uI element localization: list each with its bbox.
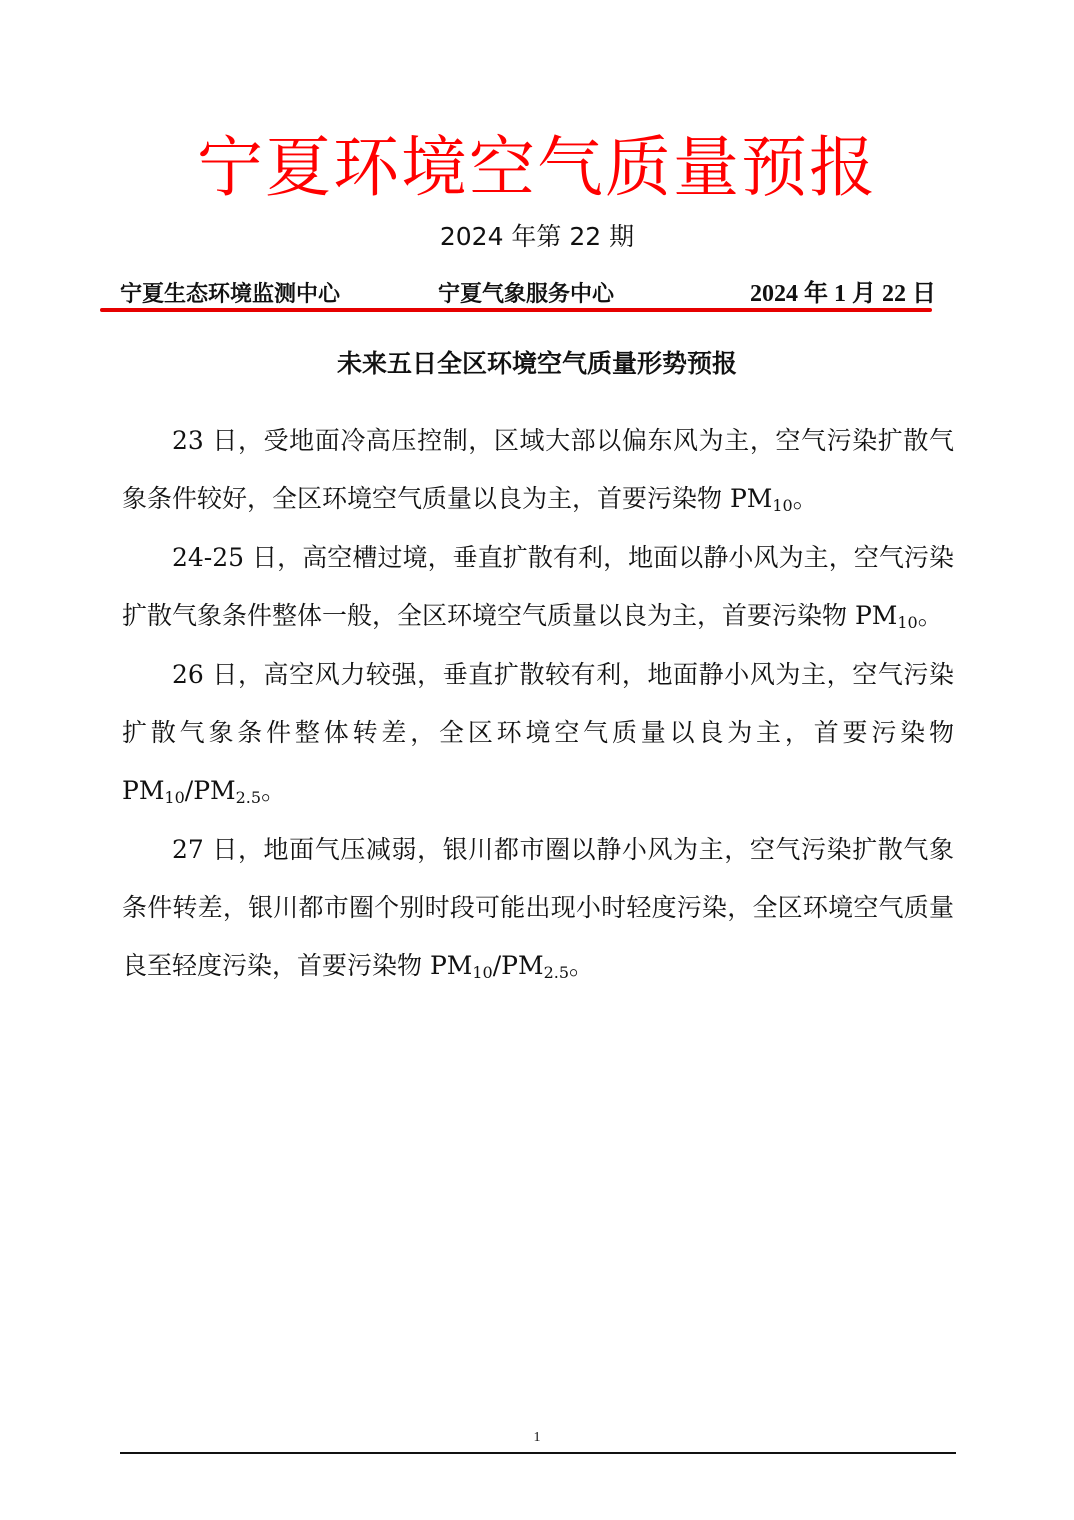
red-divider [100, 308, 932, 312]
paragraph-mid: /PM [493, 951, 544, 980]
issue-number: 2024 年第 22 期 [0, 220, 1074, 254]
paragraph-mid: /PM [185, 776, 236, 805]
subscript: 2.5 [544, 963, 569, 982]
paragraph-end: 。 [793, 484, 818, 513]
forecast-paragraph-26: 26 日，高空风力较强，垂直扩散较有利，地面静小风为主，空气污染扩散气象条件整体… [122, 646, 954, 820]
paragraph-end: 。 [569, 951, 594, 980]
paragraph-end: 。 [918, 601, 943, 630]
paragraph-text: 26 日，高空风力较强，垂直扩散较有利，地面静小风为主，空气污染扩散气象条件整体… [122, 660, 954, 805]
publish-date: 2024 年 1 月 22 日 [750, 278, 936, 310]
forecast-paragraph-23: 23 日，受地面冷高压控制，区域大部以偏东风为主，空气污染扩散气象条件较好，全区… [122, 412, 954, 528]
subscript: 10 [164, 788, 184, 807]
publisher-line: 宁夏生态环境监测中心 宁夏气象服务中心 2024 年 1 月 22 日 [120, 278, 936, 310]
forecast-paragraph-24-25: 24-25 日，高空槽过境，垂直扩散有利，地面以静小风为主，空气污染扩散气象条件… [122, 529, 954, 645]
section-title: 未来五日全区环境空气质量形势预报 [0, 346, 1074, 382]
publisher-org-2: 宁夏气象服务中心 [438, 278, 614, 310]
page-number: 1 [0, 1430, 1074, 1446]
publisher-org-1: 宁夏生态环境监测中心 [120, 278, 340, 310]
paragraph-end: 。 [261, 776, 286, 805]
subscript: 10 [897, 613, 917, 632]
forecast-body: 23 日，受地面冷高压控制，区域大部以偏东风为主，空气污染扩散气象条件较好，全区… [122, 412, 954, 996]
subscript: 2.5 [236, 788, 261, 807]
subscript: 10 [772, 496, 792, 515]
document-title: 宁夏环境空气质量预报 [0, 128, 1074, 208]
paragraph-text: 23 日，受地面冷高压控制，区域大部以偏东风为主，空气污染扩散气象条件较好，全区… [122, 426, 954, 513]
paragraph-text: 24-25 日，高空槽过境，垂直扩散有利，地面以静小风为主，空气污染扩散气象条件… [122, 543, 954, 630]
subscript: 10 [472, 963, 492, 982]
forecast-paragraph-27: 27 日，地面气压减弱，银川都市圈以静小风为主，空气污染扩散气象条件转差，银川都… [122, 821, 954, 995]
footer-divider [120, 1452, 956, 1454]
